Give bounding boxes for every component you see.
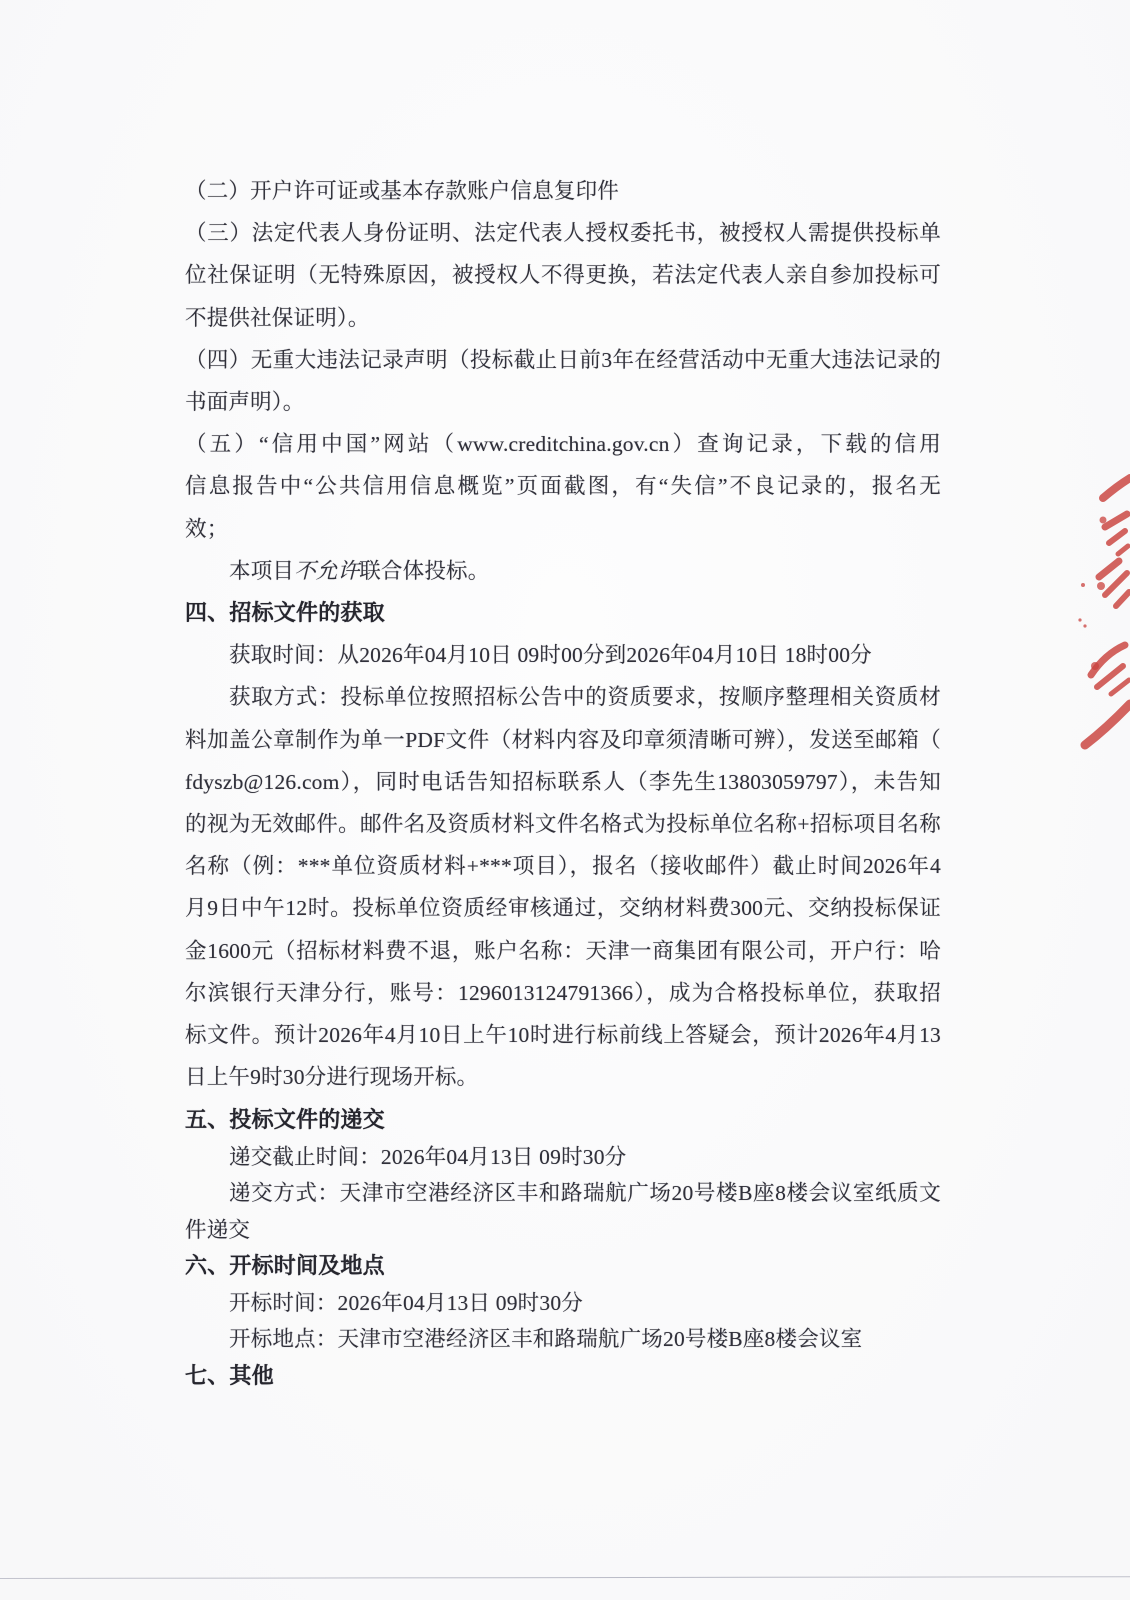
acquire-method-line-1: 获取方式：投标单位按照招标公告中的资质要求，按顺序整理相关资质材	[185, 676, 941, 718]
red-seal-stamp-fragment	[1075, 465, 1130, 765]
item-3-line-1: （三）法定代表人身份证明、法定代表人授权委托书，被授权人需提供投标单	[185, 212, 941, 254]
submit-method-line-2: 件递交	[185, 1212, 941, 1249]
section-7-heading: 七、其他	[185, 1358, 941, 1395]
item-5-line-1: （五）“信用中国”网站（www.creditchina.gov.cn）查询记录，…	[185, 423, 941, 465]
submission-opening-block: 五、投标文件的递交 递交截止时间：2026年04月13日 09时30分 递交方式…	[185, 1102, 941, 1394]
statement-prefix: 本项目	[229, 559, 294, 583]
acquire-method-line-4: 的视为无效邮件。邮件名及资质材料文件名格式为投标单位名称+招标项目名称	[185, 803, 941, 845]
no-consortium-statement: 本项目不允许联合体投标。	[185, 550, 941, 592]
item-3-line-2: 位社保证明（无特殊原因，被授权人不得更换，若法定代表人亲自参加投标可	[185, 254, 941, 296]
item-3-line-3: 不提供社保证明）。	[185, 297, 941, 339]
opening-time-line: 开标时间：2026年04月13日 09时30分	[185, 1285, 941, 1322]
acquire-method-line-3: fdyszb@126.com），同时电话告知招标联系人（李先生138030597…	[185, 761, 941, 803]
acquire-method-line-10: 日上午9时30分进行现场开标。	[185, 1056, 941, 1098]
red-seal-stamp-svg	[1075, 465, 1130, 765]
item-5-line-2: 信息报告中“公共信用信息概览”页面截图，有“失信”不良记录的，报名无	[185, 465, 941, 507]
item-5-line-3: 效；	[185, 508, 941, 550]
acquire-method-line-2: 料加盖公章制作为单一PDF文件（材料内容及印章须清晰可辨），发送至邮箱（	[185, 719, 941, 761]
item-4-line-1: （四）无重大违法记录声明（投标截止日前3年在经营活动中无重大违法记录的	[185, 339, 941, 381]
acquire-method-line-5: 名称（例：***单位资质材料+***项目），报名（接收邮件）截止时间2026年4	[185, 845, 941, 887]
acquire-method-line-9: 标文件。预计2026年4月10日上午10时进行标前线上答疑会，预计2026年4月…	[185, 1014, 941, 1056]
acquire-method-line-7: 金1600元（招标材料费不退，账户名称：天津一商集团有限公司，开户行：哈	[185, 930, 941, 972]
qualification-items-block: （二）开户许可证或基本存款账户信息复印件 （三）法定代表人身份证明、法定代表人授…	[185, 170, 941, 1098]
acquire-method-line-6: 月9日中午12时。投标单位资质经审核通过，交纳材料费300元、交纳投标保证	[185, 887, 941, 929]
scanned-tender-document-page: （二）开户许可证或基本存款账户信息复印件 （三）法定代表人身份证明、法定代表人授…	[0, 0, 1130, 1600]
document-body: （二）开户许可证或基本存款账户信息复印件 （三）法定代表人身份证明、法定代表人授…	[185, 170, 941, 1394]
submit-method-line-1: 递交方式：天津市空港经济区丰和路瑞航广场20号楼B座8楼会议室纸质文	[185, 1175, 941, 1212]
submit-deadline-line: 递交截止时间：2026年04月13日 09时30分	[185, 1139, 941, 1176]
section-6-heading: 六、开标时间及地点	[185, 1248, 941, 1285]
acquire-time-line: 获取时间：从2026年04月10日 09时00分到2026年04月10日 18时…	[185, 634, 941, 676]
item-4-line-2: 书面声明）。	[185, 381, 941, 423]
opening-place-line: 开标地点：天津市空港经济区丰和路瑞航广场20号楼B座8楼会议室	[185, 1321, 941, 1358]
scan-bottom-edge-line	[0, 1576, 1130, 1579]
section-4-heading: 四、招标文件的获取	[185, 592, 941, 634]
statement-suffix: 联合体投标。	[359, 559, 489, 583]
statement-emphasis-italic: 不允许	[294, 559, 359, 583]
section-5-heading: 五、投标文件的递交	[185, 1102, 941, 1139]
acquire-method-line-8: 尔滨银行天津分行，账号：1296013124791366），成为合格投标单位，获…	[185, 972, 941, 1014]
item-2-line: （二）开户许可证或基本存款账户信息复印件	[185, 170, 941, 212]
